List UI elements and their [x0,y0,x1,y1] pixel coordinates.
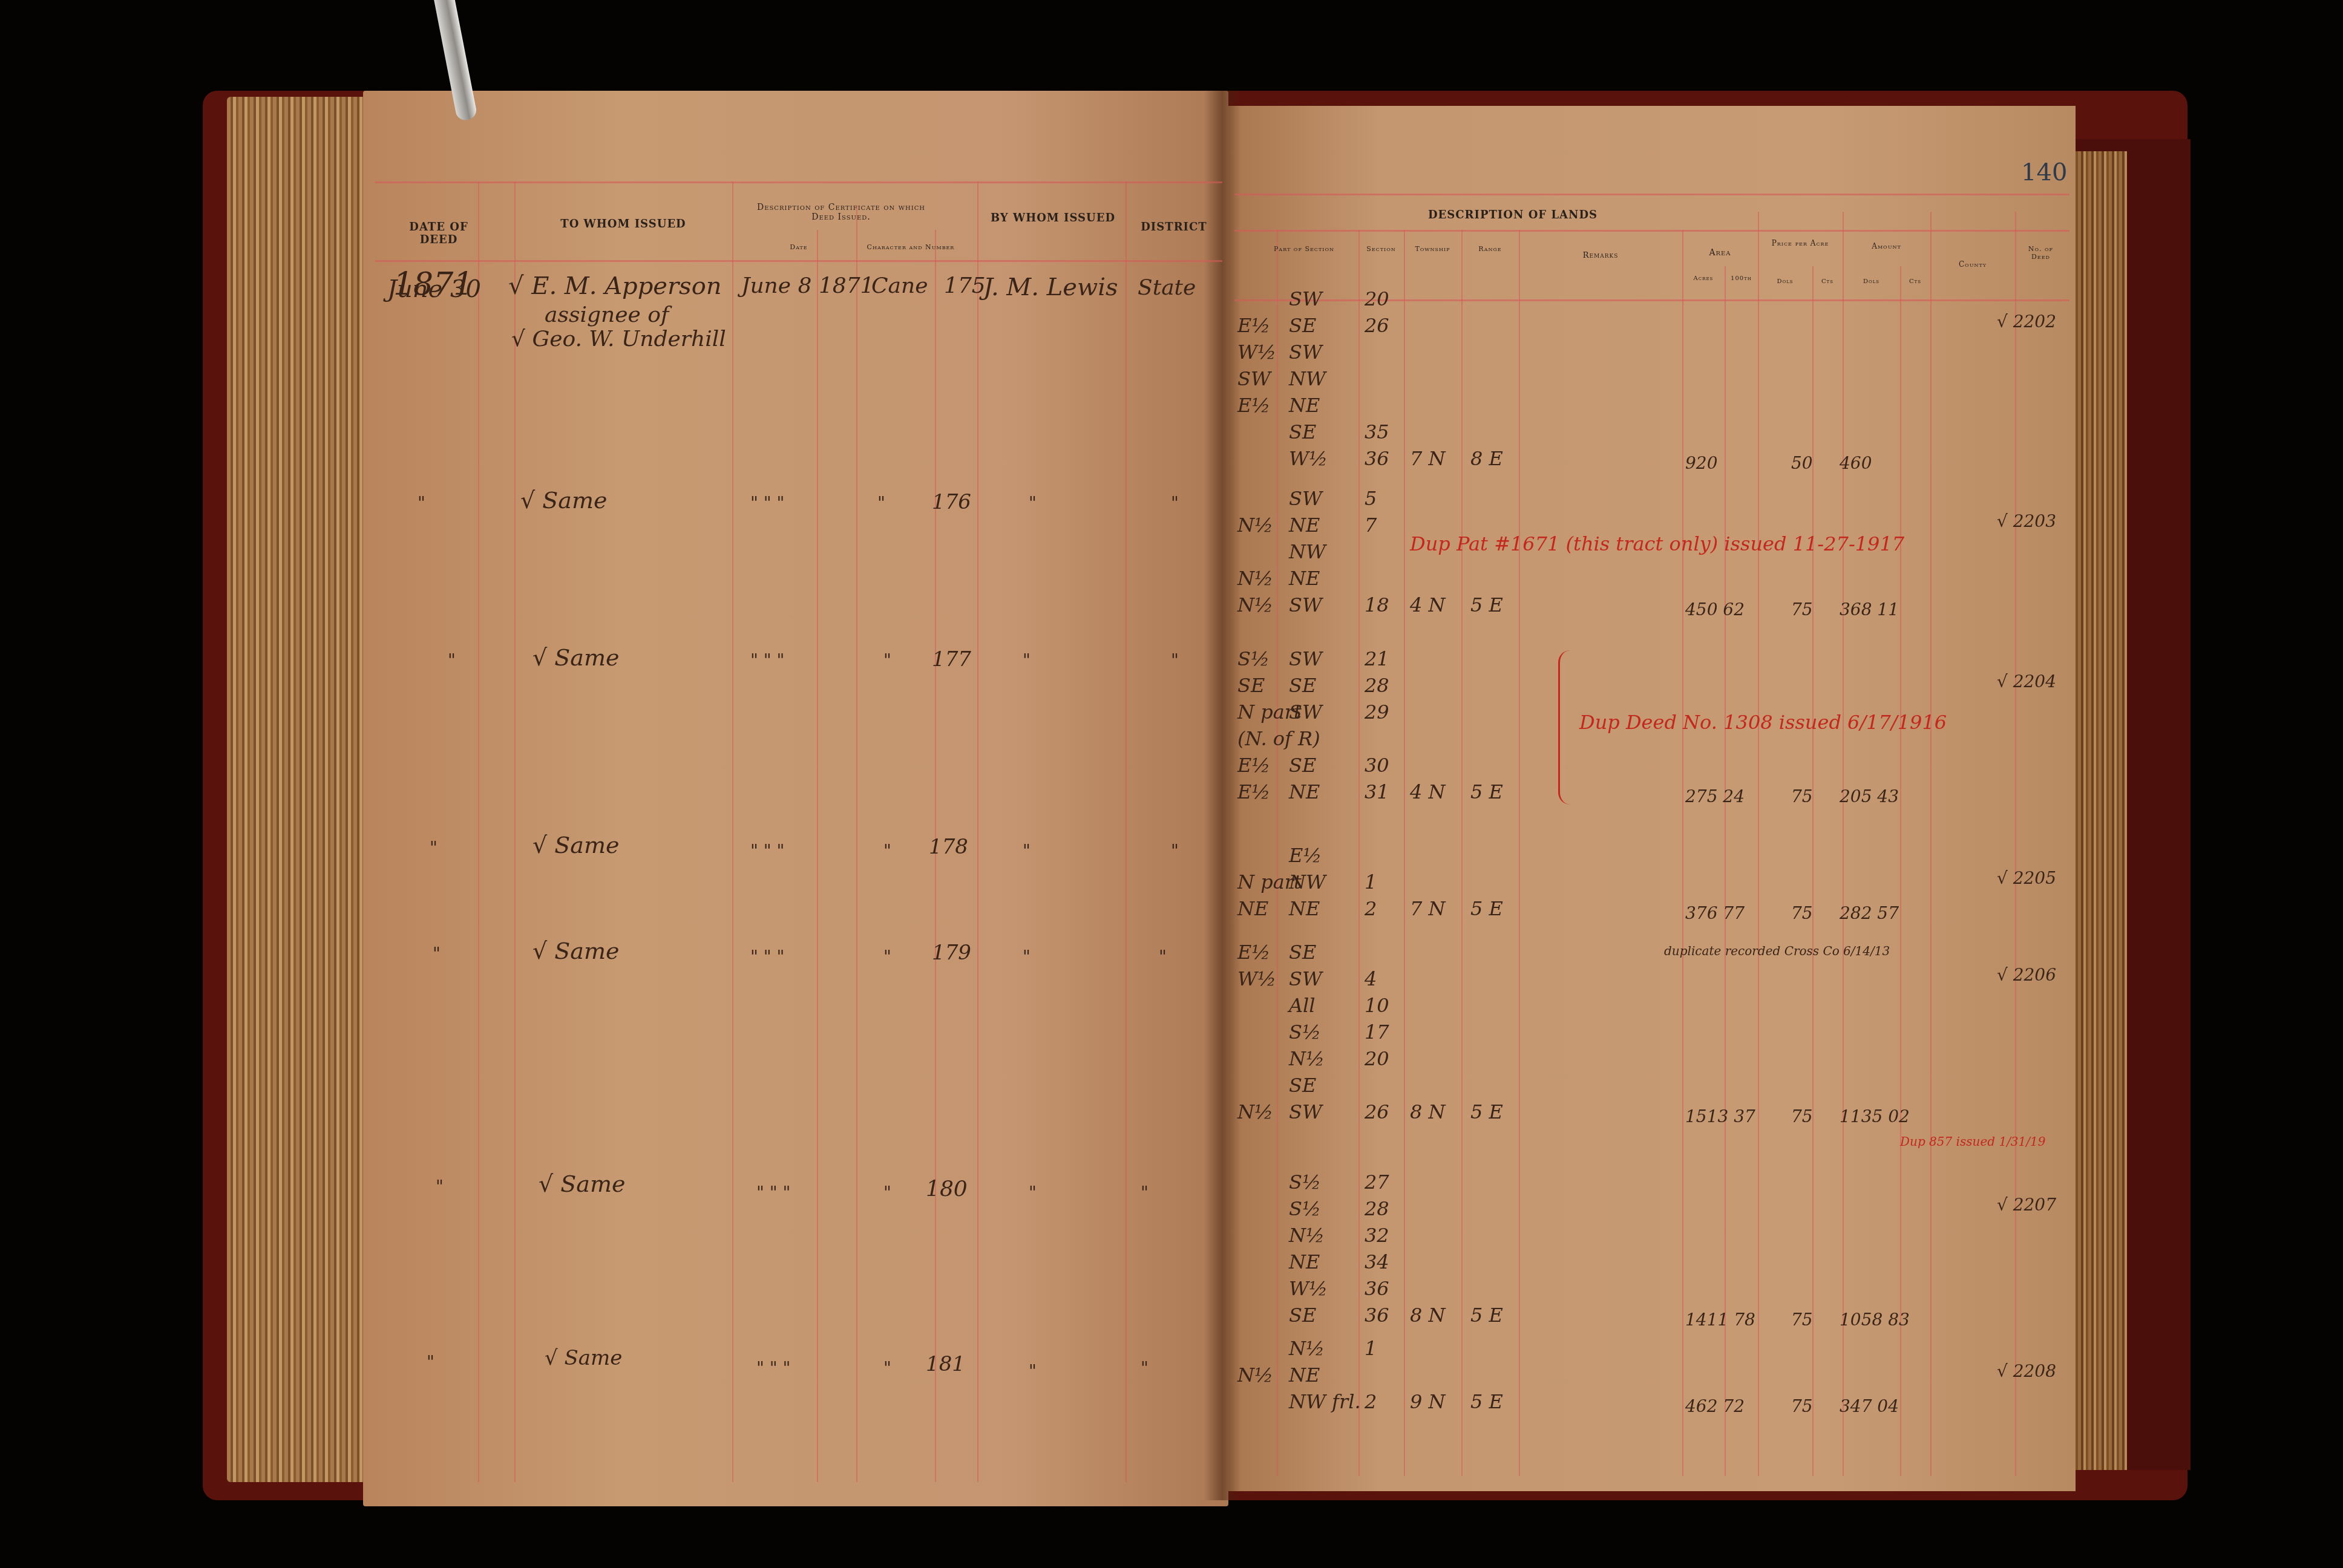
land-quarter: NE [1289,394,1320,417]
land-quarter: S½ [1289,1171,1321,1194]
land-section: 27 [1365,1171,1389,1194]
land-section: 1 [1365,1337,1377,1360]
entry-to-whom: √ Same [532,644,620,671]
deed-number: √ 2205 [1997,868,2056,888]
land-section: 7 [1365,514,1377,537]
entry-cert-char: " [883,1358,891,1378]
rule [1234,230,2069,232]
rule [1758,212,1759,1476]
land-township: 7 N [1410,447,1446,470]
land-quarter: SW [1289,967,1322,990]
land-amount: 347 04 [1840,1396,1899,1416]
rule [1930,212,1932,1476]
land-quarter: NW [1289,871,1326,893]
entry-cert-no: 179 [932,941,971,965]
header-county: County [1930,260,2015,269]
header-amount-dols: Dols [1843,278,1900,285]
land-section: 5 [1365,487,1377,510]
header-part-of-section: Part of Section [1253,245,1355,253]
land-quarter: NE [1289,780,1320,803]
entry-cert-no: 175 [944,273,986,298]
rule [1900,266,1901,1476]
land-range: 5 E [1470,1100,1503,1123]
right-page [1228,106,2076,1491]
land-range: 5 E [1470,593,1503,616]
land-quarter: SW [1289,341,1322,364]
entry-cert-char: Cane [871,273,928,298]
land-quarter: SE [1289,1304,1316,1327]
land-area: 1411 78 [1685,1310,1755,1330]
entry-cert-char: " [883,650,891,670]
entry-cert-char: " [883,1183,891,1203]
land-section: 29 [1365,701,1389,724]
rule [514,181,516,1482]
land-part: E½ [1237,754,1270,777]
header-section: Section [1358,245,1404,253]
header-area-100th: 100th [1725,275,1758,282]
entry-by-whom: " [1029,1183,1037,1203]
header-amount-cts: Cts [1900,278,1930,285]
entry-district: " [1171,650,1179,670]
land-quarter: SE [1289,941,1316,964]
land-township: 4 N [1410,780,1446,803]
entry-to-whom: √ Same [539,1171,626,1197]
land-quarter: N½ [1289,1047,1325,1070]
land-price: 75 [1791,599,1813,619]
header-price-per-acre: Price per Acre [1758,239,1843,247]
entry-by-whom: " [1029,1361,1037,1381]
land-part: W½ [1237,341,1276,364]
land-section: 26 [1365,314,1389,337]
land-quarter: E½ [1289,844,1322,867]
header-remarks: Remarks [1519,251,1682,260]
land-section: 2 [1365,1390,1377,1413]
land-section: 36 [1365,1304,1389,1327]
land-quarter: NE [1289,1364,1320,1387]
header-no-of-deed: No. of Deed [2018,245,2063,261]
rule [732,181,733,1482]
land-quarter: NW frl. [1289,1390,1361,1413]
entry-cert-no: 178 [929,835,968,859]
land-area: 275 24 [1685,786,1745,806]
land-quarter: W½ [1289,447,1328,470]
entry-to-whom-line2: assignee of [545,302,669,327]
land-section: 32 [1365,1224,1389,1247]
land-quarter: SW [1289,1100,1322,1123]
land-quarter: NE [1289,567,1320,590]
land-price: 75 [1791,903,1813,923]
land-quarter: SE [1289,420,1316,443]
rule [375,181,1222,183]
land-area: 376 77 [1685,903,1745,923]
deed-number: √ 2204 [1997,671,2056,691]
entry-date: " [418,493,425,513]
entry-cert-no: 181 [926,1352,965,1376]
land-section: 10 [1365,994,1389,1017]
header-amount: Amount [1843,242,1930,250]
land-quarter: S½ [1289,1197,1321,1220]
rule [1234,194,2069,195]
entry-date: June 30 [387,275,481,303]
land-price: 75 [1791,786,1813,806]
entry-district: State [1138,275,1196,300]
land-amount: 1135 02 [1840,1106,1910,1126]
land-part: E½ [1237,394,1270,417]
entry-district: " [1171,493,1179,513]
entry-to-whom: √ E. M. Apperson [508,272,721,300]
land-quarter: SW [1289,487,1322,510]
land-range: 5 E [1470,1304,1503,1327]
land-amount: 368 11 [1840,599,1899,619]
rule [1358,230,1360,1476]
entry-date: " [430,838,437,858]
entry-district: " [1141,1358,1149,1378]
land-quarter: NW [1289,540,1326,563]
rule [478,181,479,1482]
land-quarter: SE [1289,674,1316,697]
land-part: NE [1237,897,1268,920]
land-part: N½ [1237,1100,1273,1123]
entry-date: " [448,650,456,670]
entry-cert-date: " " " [750,947,784,967]
entry-by-whom: " [1023,841,1031,861]
land-quarter: SE [1289,314,1316,337]
land-township: 9 N [1410,1390,1446,1413]
entry-cert-char: " [877,493,885,513]
rule [1461,230,1463,1476]
land-part: N½ [1237,1364,1273,1387]
rule [1682,230,1683,1476]
entry-cert-no: 176 [932,490,971,514]
land-section: 1 [1365,871,1377,893]
remark-red-annotation: Dup Deed No. 1308 issued 6/17/1916 [1579,711,1947,734]
land-section: 28 [1365,674,1389,697]
rule [1725,266,1726,1476]
land-part: E½ [1237,941,1270,964]
land-area: 1513 37 [1685,1106,1755,1126]
header-price-dols: Dols [1758,278,1812,285]
land-quarter: SW [1289,701,1322,724]
entry-cert-no: 177 [932,647,971,671]
land-amount: 205 43 [1840,786,1899,806]
land-amount: 282 57 [1840,903,1899,923]
land-township: 4 N [1410,593,1446,616]
land-part: (N. of R) [1237,727,1320,750]
land-range: 5 E [1470,1390,1503,1413]
entry-cert-date: June 8 1871 [741,273,874,298]
remark-red-annotation: Dup Pat #1671 (this tract only) issued 1… [1410,532,1904,555]
rule [977,181,978,1482]
entry-district: " [1141,1183,1149,1203]
rule [1404,230,1405,1476]
land-part: N½ [1237,567,1273,590]
entry-to-whom-line3: √ Geo. W. Underhill [511,327,726,351]
entry-cert-no: 180 [926,1177,968,1201]
rule [1843,212,1844,1476]
header-price-cts: Cts [1812,278,1843,285]
entry-date: " [427,1352,434,1372]
land-part: N½ [1237,593,1273,616]
book-gutter [1204,91,1240,1500]
land-part: SE [1237,674,1265,697]
entry-cert-date: " " " [750,841,784,861]
header-cert-date: Date [781,243,817,251]
rule [1234,299,2069,301]
land-part: S½ [1237,647,1270,670]
land-quarter: SE [1289,1074,1316,1097]
land-township: 8 N [1410,1100,1446,1123]
rule [856,206,857,1482]
red-brace [1558,650,1572,805]
header-date-of-deed: Date of Deed [393,221,484,246]
land-area: 462 72 [1685,1396,1745,1416]
entry-to-whom: √ Same [532,938,620,964]
rule [375,260,1222,262]
land-quarter: NE [1289,897,1320,920]
header-district: District [1132,221,1216,234]
land-section: 17 [1365,1021,1389,1044]
header-description-of-lands: Description of Lands [1380,209,1646,221]
entry-cert-date: " " " [750,650,784,670]
land-part: E½ [1237,314,1270,337]
land-range: 8 E [1470,447,1503,470]
land-range: 5 E [1470,780,1503,803]
rule [2015,212,2016,1476]
land-section: 31 [1365,780,1389,803]
land-quarter: W½ [1289,1277,1328,1300]
header-area-acres: Acres [1682,275,1725,282]
land-section: 4 [1365,967,1377,990]
entry-to-whom: √ Same [532,832,620,858]
land-section: 30 [1365,754,1389,777]
land-section: 21 [1365,647,1389,670]
rule [1812,266,1814,1476]
left-page [363,91,1228,1506]
entry-district: " [1159,947,1167,967]
land-amount: 460 [1840,453,1872,473]
header-by-whom-issued: By Whom Issued [983,212,1122,224]
land-section: 36 [1365,1277,1389,1300]
rule [817,230,818,1482]
page-edges-left [227,97,372,1482]
remark-pencil-annotation: duplicate recorded Cross Co 6/14/13 [1664,944,1890,958]
entry-by-whom: " [1029,493,1037,513]
land-section: 36 [1365,447,1389,470]
land-quarter: SW [1289,647,1322,670]
land-quarter: N½ [1289,1337,1325,1360]
rule [1519,230,1520,1476]
entry-by-whom: " [1023,947,1031,967]
header-range: Range [1461,245,1519,253]
land-section: 18 [1365,593,1389,616]
land-price: 75 [1791,1310,1813,1330]
entry-to-whom: √ Same [545,1346,622,1370]
deed-number: √ 2203 [1997,511,2056,531]
rule [1277,230,1278,1476]
header-area: Area [1682,248,1758,258]
land-quarter: SE [1289,754,1316,777]
land-quarter: N½ [1289,1224,1325,1247]
land-amount: 1058 83 [1840,1310,1910,1330]
entry-by-whom: J. M. Lewis [983,273,1118,301]
land-township: 7 N [1410,897,1446,920]
header-certificate: Description of Certificate on which Deed… [750,203,932,222]
land-area: 920 [1685,453,1717,473]
entry-cert-char: " [883,947,891,967]
header-to-whom-issued: To Whom Issued [545,218,702,230]
entry-cert-date: " " " [756,1183,790,1203]
entry-by-whom: " [1023,650,1031,670]
land-township: 8 N [1410,1304,1446,1327]
deed-number: √ 2206 [1997,965,2056,985]
land-section: 26 [1365,1100,1389,1123]
land-quarter: SW [1289,593,1322,616]
header-cert-character: Character and Number [853,243,968,251]
header-township: Township [1404,245,1461,253]
land-section: 35 [1365,420,1389,443]
land-section: 20 [1365,1047,1389,1070]
land-part: W½ [1237,967,1276,990]
deed-number: √ 2208 [1997,1361,2056,1381]
entry-date: " [433,944,441,964]
remark-red-margin: Dup 857 issued 1/31/19 [1900,1134,2046,1149]
land-quarter: NW [1289,367,1326,390]
land-part: N½ [1237,514,1273,537]
entry-cert-date: " " " [750,493,784,513]
page-number: 140 [2021,158,2067,186]
land-quarter: NE [1289,514,1320,537]
entry-date: " [436,1177,444,1197]
land-part: SW [1237,367,1271,390]
land-quarter: SW [1289,287,1322,310]
land-price: 50 [1791,453,1813,473]
entry-district: " [1171,841,1179,861]
land-section: 28 [1365,1197,1389,1220]
land-section: 20 [1365,287,1389,310]
entry-cert-char: " [883,841,891,861]
land-section: 34 [1365,1250,1389,1273]
land-price: 75 [1791,1396,1813,1416]
deed-number: √ 2202 [1997,312,2056,332]
entry-cert-date: " " " [756,1358,790,1378]
land-quarter: NE [1289,1250,1320,1273]
land-section: 2 [1365,897,1377,920]
land-part: E½ [1237,780,1270,803]
land-quarter: All [1289,994,1316,1017]
land-quarter: S½ [1289,1021,1321,1044]
land-area: 450 62 [1685,599,1745,619]
deed-number: √ 2207 [1997,1195,2056,1215]
entry-to-whom: √ Same [520,487,608,514]
rule [1126,181,1127,1482]
land-price: 75 [1791,1106,1813,1126]
land-range: 5 E [1470,897,1503,920]
